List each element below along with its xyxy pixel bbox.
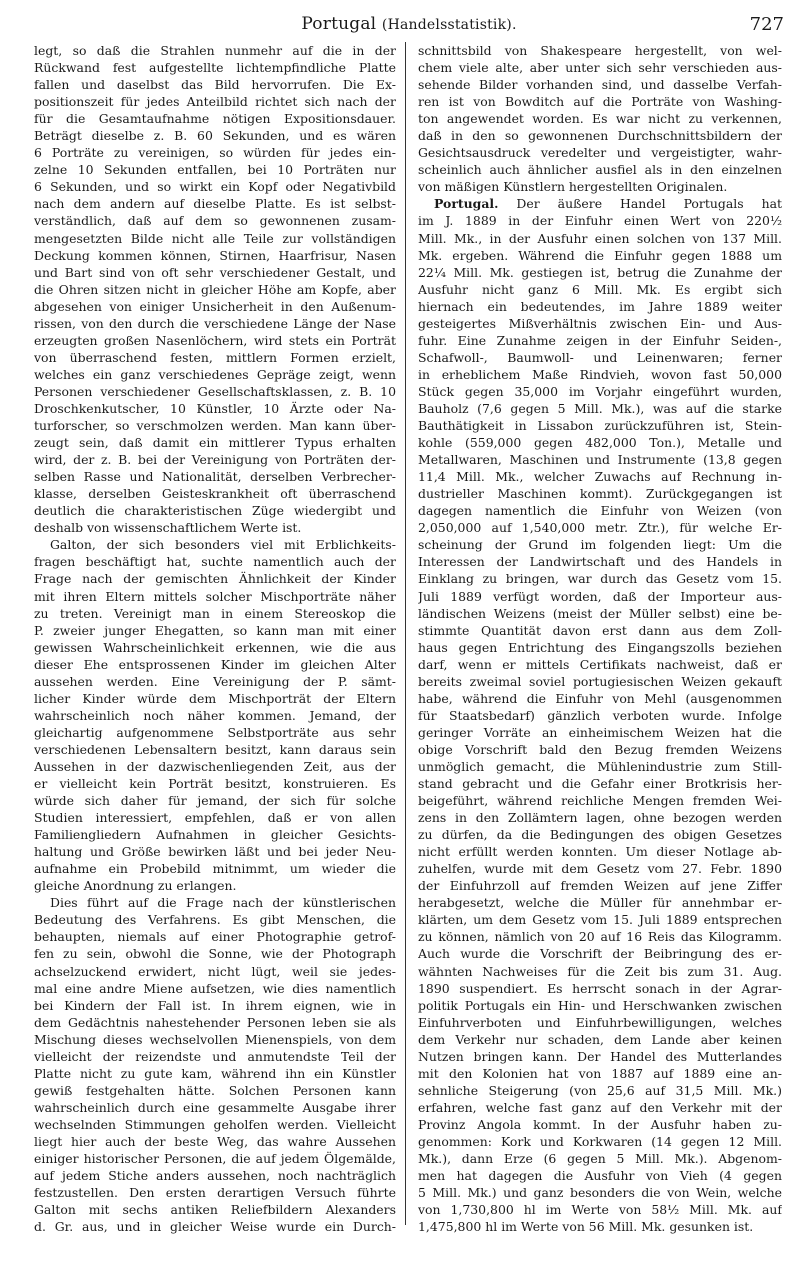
text-line: gesteigertes Mißverhältnis zwischen Ein-… <box>418 315 782 332</box>
text-line-content: Bauholz (7,6 gegen 5 Mill. Mk.), was auf… <box>418 401 782 416</box>
text-line: Platte nicht zu gute kam, während ihn ei… <box>34 1065 396 1082</box>
text-line-content: turforscher, so verschmolzen werden. Man… <box>34 418 396 433</box>
text-line-content: licher Kinder würde dem Mischporträt der… <box>34 691 396 706</box>
text-line-content: wahrscheinlich noch näher kommen. Jemand… <box>34 708 396 723</box>
text-line: gewiß festgehalten hätte. Solchen Person… <box>34 1082 396 1099</box>
text-line: Familiengliedern Aufnahmen in gleicher G… <box>34 826 396 843</box>
text-line-content: dieser Ehe entsprossenen Kinder im gleic… <box>34 657 396 672</box>
text-line: gleiche Anordnung zu erlangen. <box>34 877 396 894</box>
text-line-content: Stück gegen 35,000 im Vorjahr eingeführt… <box>418 384 782 399</box>
text-line: d. Gr. aus, und in gleicher Weise wurde … <box>34 1218 396 1235</box>
text-line-content: Familiengliedern Aufnahmen in gleicher G… <box>34 827 396 842</box>
text-line: behaupten, niemals auf einer Photographi… <box>34 928 396 945</box>
text-line-content: nicht erfüllt werden konnten. Um dieser … <box>418 844 782 859</box>
text-line-content: politik Portugals ein Hin- und Herschwan… <box>418 998 782 1013</box>
text-line-content: vielleicht der reizendste und anmutendst… <box>34 1049 396 1064</box>
text-line-content: verschiedenen Lebensaltern besitzt, kann… <box>34 742 396 757</box>
text-line-content: zeugt sein, daß damit ein mittlerer Typu… <box>34 435 396 450</box>
text-line-content: zu können, nämlich von 20 auf 16 Reis da… <box>418 929 782 944</box>
text-line: Dies führt auf die Frage nach der künstl… <box>34 894 396 911</box>
text-line-content: stand gebracht und die Gefahr einer Brot… <box>418 776 782 791</box>
text-line: zu dürfen, da die Bedingungen des obigen… <box>418 826 782 843</box>
text-line-content: wähnten Nachweises für die Zeit bis zum … <box>418 964 782 979</box>
text-line-content: men hat dagegen die Ausfuhr von Vieh (4 … <box>418 1168 782 1183</box>
text-line-content: bei Kindern der Fall ist. In ihrem eigne… <box>34 998 396 1013</box>
text-line-content: Schafwoll-, Baumwoll- und Leinenwaren; f… <box>418 350 782 365</box>
text-line: Schafwoll-, Baumwoll- und Leinenwaren; f… <box>418 349 782 366</box>
text-line-content: Droschkenkutscher, 10 Künstler, 10 Ärzte… <box>34 401 396 416</box>
text-line-content: und Bart sind von oft sehr verschiedener… <box>34 265 396 280</box>
text-line-content: Bedeutung des Verfahrens. Es gibt Mensch… <box>34 912 396 927</box>
text-line-content: scheinlich auch ähnlicher ausfiel als in… <box>418 162 782 177</box>
text-line-content: wechselnden Stimmungen geholfen werden. … <box>34 1117 396 1132</box>
text-line-content: scheinung der Grund im folgenden liegt: … <box>418 537 782 552</box>
text-line: in erheblichem Maße Rindvieh, wovon fast… <box>418 366 782 383</box>
text-line: und Bart sind von oft sehr verschiedener… <box>34 264 396 281</box>
text-line-content: für Staatsbedarf) gänzlich verboten wurd… <box>418 708 782 723</box>
text-line-content: Provinz Angola kommt. In der Ausfuhr hab… <box>418 1117 782 1132</box>
text-line: Rückwand fest aufgestellte lichtempfindl… <box>34 59 396 76</box>
text-line: er vielleicht kein Porträt besitzt, kons… <box>34 775 396 792</box>
text-line-content: festzustellen. Den ersten derartigen Ver… <box>34 1185 396 1200</box>
text-line: klasse, derselben Geisteskrankheit oft ü… <box>34 485 396 502</box>
text-line: haltung und Größe bewirken läßt und bei … <box>34 843 396 860</box>
text-line: zu können, nämlich von 20 auf 16 Reis da… <box>418 928 782 945</box>
text-line-content: Personen verschiedener Gesellschaftsklas… <box>34 384 396 399</box>
text-line: von mäßigen Künstlern hergestellten Orig… <box>418 178 782 195</box>
text-line: selben Rasse und Nationalität, derselben… <box>34 468 396 485</box>
text-line: wahrscheinlich noch näher kommen. Jemand… <box>34 707 396 724</box>
text-line: Studien interessiert, empfehlen, daß er … <box>34 809 396 826</box>
text-line: Mischung dieses wechselvollen Mienenspie… <box>34 1031 396 1048</box>
text-line: men hat dagegen die Ausfuhr von Vieh (4 … <box>418 1167 782 1184</box>
text-line: dagegen namentlich die Einfuhr von Weize… <box>418 502 782 519</box>
text-line: Auch wurde die Vorschrift der Beibringun… <box>418 945 782 962</box>
text-line-content: beigeführt, während reichliche Mengen fr… <box>418 793 782 808</box>
text-line: sehende Bilder vorhanden sind, und dasse… <box>418 76 782 93</box>
text-line-content: zu dürfen, da die Bedingungen des obigen… <box>418 827 782 842</box>
text-line-content: Nutzen bringen kann. Der Handel des Mutt… <box>418 1049 782 1064</box>
text-line: aussehen werden. Eine Vereinigung der P.… <box>34 673 396 690</box>
text-line: dustrieller Maschinen kommt). Zurückgega… <box>418 485 782 502</box>
text-line: zu treten. Vereinigt man in einem Stereo… <box>34 605 396 622</box>
text-line-content: Galton mit sechs antiken Reliefbildern A… <box>34 1202 396 1217</box>
text-line-content: der Einfuhrzoll auf fremden Weizen auf j… <box>418 878 782 893</box>
text-line-content: von überraschend festen, mittlern Formen… <box>34 350 396 365</box>
text-line: 1,475,800 hl im Werte von 56 Mill. Mk. g… <box>418 1218 782 1235</box>
text-line-content: 5 Mill. Mk.) und ganz besonders die von … <box>418 1185 782 1200</box>
text-line: unmöglich gemacht, die Mühlenindustrie z… <box>418 758 782 775</box>
text-line-content: Frage nach der gemischten Ähnlichkeit de… <box>34 571 396 586</box>
text-line: Stück gegen 35,000 im Vorjahr eingeführt… <box>418 383 782 400</box>
text-line-content: wahrscheinlich durch eine gesammelte Aus… <box>34 1100 396 1115</box>
text-column-right: schnittsbild von Shakespeare hergestellt… <box>418 42 782 1235</box>
text-line-content: einiger historischer Personen, die auf j… <box>34 1151 396 1166</box>
text-line-content: ren ist von Bowditch auf die Porträte vo… <box>418 94 782 109</box>
text-line: scheinung der Grund im folgenden liegt: … <box>418 536 782 553</box>
text-line: deshalb von wissenschaftlichem Werte ist… <box>34 519 396 536</box>
text-line-content: 6 Porträte zu vereinigen, so würden für … <box>34 145 396 160</box>
running-header: Portugal (Handelsstatistik). 727 <box>34 14 784 38</box>
text-line: darf, wenn er mittels Certifikats nachwe… <box>418 656 782 673</box>
text-line: zens in den Zollämtern lagen, ohne bezog… <box>418 809 782 826</box>
text-line: wechselnden Stimmungen geholfen werden. … <box>34 1116 396 1133</box>
text-line: deutlich die charakteristischen Züge wie… <box>34 502 396 519</box>
text-line-content: Aussehen in der dazwischenliegenden Zeit… <box>34 759 396 774</box>
text-line: chem viele alte, aber unter sich sehr ve… <box>418 59 782 76</box>
text-line: einiger historischer Personen, die auf j… <box>34 1150 396 1167</box>
text-line-content: Mk. ergeben. Während die Einfuhr gegen 1… <box>418 248 782 263</box>
text-line: geringer Vorräte an einheimischem Weizen… <box>418 724 782 741</box>
text-line-content: Der äußere Handel Portugals hat <box>498 196 782 211</box>
text-line: politik Portugals ein Hin- und Herschwan… <box>418 997 782 1014</box>
text-line-content: abgesehen von einiger Unsicherheit in de… <box>34 299 396 314</box>
text-line-content: deshalb von wissenschaftlichem Werte ist… <box>34 520 301 535</box>
text-line: für Staatsbedarf) gänzlich verboten wurd… <box>418 707 782 724</box>
text-line-content: deutlich die charakteristischen Züge wie… <box>34 503 396 518</box>
text-column-left: legt, so daß die Strahlen nunmehr auf di… <box>34 42 396 1235</box>
text-line-content: sehende Bilder vorhanden sind, und dasse… <box>418 77 782 92</box>
text-line: Juli 1889 verfügt worden, daß der Import… <box>418 588 782 605</box>
text-line-content: ländischen Weizens (meist der Müller sel… <box>418 606 782 621</box>
text-line-content: dagegen namentlich die Einfuhr von Weize… <box>418 503 782 518</box>
text-line: fen zu sein, obwohl die Sonne, wie der P… <box>34 945 396 962</box>
text-line-content: chem viele alte, aber unter sich sehr ve… <box>418 60 782 75</box>
text-line: abgesehen von einiger Unsicherheit in de… <box>34 298 396 315</box>
text-line-content: mit ihren Eltern mittels solcher Mischpo… <box>34 589 396 604</box>
text-line-content: Galton, der sich besonders viel mit Erbl… <box>50 537 396 552</box>
text-line: haus gegen Entrichtung des Eingangszolls… <box>418 639 782 656</box>
text-line-content: gewissen Wahrscheinlichkeit erkennen, wi… <box>34 640 396 655</box>
text-line-content: Rückwand fest aufgestellte lichtempfindl… <box>34 60 396 75</box>
text-line-content: verständlich, daß auf dem so gewonnenen … <box>34 213 396 228</box>
text-line: Mk. ergeben. Während die Einfuhr gegen 1… <box>418 247 782 264</box>
text-line-content: geringer Vorräte an einheimischem Weizen… <box>418 725 782 740</box>
text-line-content: für die Gesamtaufnahme nötigen Expositio… <box>34 111 396 126</box>
text-line-content: nach dem andern auf dieselbe Platte. Es … <box>34 196 396 211</box>
text-line-content: daß in den so gewonnenen Durchschnittsbi… <box>418 128 782 143</box>
text-line-content: 1890 suspendiert. Es herrscht sonach in … <box>418 981 782 996</box>
text-line-content: Juli 1889 verfügt worden, daß der Import… <box>418 589 782 604</box>
text-line: P. zweier junger Ehegatten, so kann man … <box>34 622 396 639</box>
text-line-content: zuhelfen, wurde mit dem Gesetz vom 27. F… <box>418 861 782 876</box>
text-line-content: würde sich daher für jemand, der sich fü… <box>34 793 396 808</box>
text-line: ton angewendet worden. Es war nicht zu v… <box>418 110 782 127</box>
text-line-content: habe, während die Einfuhr von Mehl (ausg… <box>418 691 782 706</box>
text-line-content: Ausfuhr nicht ganz 6 Mill. Mk. Es ergibt… <box>418 282 782 297</box>
text-line-content: hiernach ein bedeutendes, im Jahre 1889 … <box>418 299 782 314</box>
text-line: verschiedenen Lebensaltern besitzt, kann… <box>34 741 396 758</box>
page-number: 727 <box>750 14 784 35</box>
text-line: der Einfuhrzoll auf fremden Weizen auf j… <box>418 877 782 894</box>
text-line-content: herabgesetzt, welche die Müller für anne… <box>418 895 782 910</box>
text-line: fuhr. Eine Zunahme zeigen in der Einfuhr… <box>418 332 782 349</box>
text-line-content: Mill. Mk., in der Ausfuhr einen solchen … <box>418 231 782 246</box>
text-line-content: wird, der z. B. bei der Vereinigung von … <box>34 452 396 467</box>
text-line: positionszeit für jedes Anteilbild richt… <box>34 93 396 110</box>
text-line-content: klärten, um dem Gesetz vom 15. Juli 1889… <box>418 912 782 927</box>
text-line-content: schnittsbild von Shakespeare hergestellt… <box>418 43 782 58</box>
text-line-content: von 1,730,800 hl im Werte von 58½ Mill. … <box>418 1202 782 1217</box>
text-line: zeugt sein, daß damit ein mittlerer Typu… <box>34 434 396 451</box>
text-line: schnittsbild von Shakespeare hergestellt… <box>418 42 782 59</box>
text-line: Metallwaren, Maschinen und Instrumente (… <box>418 451 782 468</box>
text-line: Droschkenkutscher, 10 Künstler, 10 Ärzte… <box>34 400 396 417</box>
page-title-subtitle: (Handelsstatistik). <box>382 17 517 33</box>
text-line: Galton mit sechs antiken Reliefbildern A… <box>34 1201 396 1218</box>
text-line-content: haltung und Größe bewirken läßt und bei … <box>34 844 396 859</box>
text-line: turforscher, so verschmolzen werden. Man… <box>34 417 396 434</box>
text-line-content: Mischung dieses wechselvollen Mienenspie… <box>34 1032 396 1047</box>
text-line: Ausfuhr nicht ganz 6 Mill. Mk. Es ergibt… <box>418 281 782 298</box>
text-line-content: Metallwaren, Maschinen und Instrumente (… <box>418 452 782 467</box>
text-line: erfahren, welche fast ganz auf den Verke… <box>418 1099 782 1116</box>
text-line: mit den Kolonien hat von 1887 auf 1889 e… <box>418 1065 782 1082</box>
text-line-content: positionszeit für jedes Anteilbild richt… <box>34 94 396 109</box>
text-line: daß in den so gewonnenen Durchschnittsbi… <box>418 127 782 144</box>
text-line-content: achselzuckend erwidert, nicht lügt, weil… <box>34 964 396 979</box>
text-line-content: dustrieller Maschinen kommt). Zurückgega… <box>418 486 782 501</box>
text-line: festzustellen. Den ersten derartigen Ver… <box>34 1184 396 1201</box>
text-line-content: zu treten. Vereinigt man in einem Stereo… <box>34 606 396 621</box>
text-line: Deckung kommen können, Stirnen, Haarfris… <box>34 247 396 264</box>
text-line: auf jedem Stiche anders aussehen, noch n… <box>34 1167 396 1184</box>
text-line: nicht erfüllt werden konnten. Um dieser … <box>418 843 782 860</box>
text-line-content: gleiche Anordnung zu erlangen. <box>34 878 236 893</box>
text-line-content: dem Gedächtnis nahestehender Personen le… <box>34 1015 396 1030</box>
text-line: dem Gedächtnis nahestehender Personen le… <box>34 1014 396 1031</box>
text-line: wird, der z. B. bei der Vereinigung von … <box>34 451 396 468</box>
text-line: im J. 1889 in der Einfuhr einen Wert von… <box>418 212 782 229</box>
text-line: Einfuhrverboten und Einfuhrbewilligungen… <box>418 1014 782 1031</box>
text-line: Bedeutung des Verfahrens. Es gibt Mensch… <box>34 911 396 928</box>
text-line-content: 6 Sekunden, und so wirkt ein Kopf oder N… <box>34 179 396 194</box>
text-line: von überraschend festen, mittlern Formen… <box>34 349 396 366</box>
text-line-content: fuhr. Eine Zunahme zeigen in der Einfuhr… <box>418 333 782 348</box>
text-line: habe, während die Einfuhr von Mehl (ausg… <box>418 690 782 707</box>
text-line-content: Einklang zu bringen, war durch das Geset… <box>418 571 782 586</box>
text-line: Mill. Mk., in der Ausfuhr einen solchen … <box>418 230 782 247</box>
text-line-content: d. Gr. aus, und in gleicher Weise wurde … <box>34 1219 396 1234</box>
text-line-content: gleichartig aufgenommene Selbstporträte … <box>34 725 396 740</box>
page-title: Portugal (Handelsstatistik). <box>34 14 784 34</box>
text-line: aufnahme ein Probebild mitnimmt, um wied… <box>34 860 396 877</box>
text-line: obige Vorschrift bald den Bezug fremden … <box>418 741 782 758</box>
text-line: gleichartig aufgenommene Selbstporträte … <box>34 724 396 741</box>
text-line: bereits zweimal soviel portugiesischen W… <box>418 673 782 690</box>
text-line: Frage nach der gemischten Ähnlichkeit de… <box>34 570 396 587</box>
text-line: Nutzen bringen kann. Der Handel des Mutt… <box>418 1048 782 1065</box>
text-line: Mk.), dann Erze (6 gegen 5 Mill. Mk.). A… <box>418 1150 782 1167</box>
text-line: vielleicht der reizendste und anmutendst… <box>34 1048 396 1065</box>
text-line-content: 1,475,800 hl im Werte von 56 Mill. Mk. g… <box>418 1219 753 1234</box>
text-line-content: klasse, derselben Geisteskrankheit oft ü… <box>34 486 396 501</box>
text-line-content: Mk.), dann Erze (6 gegen 5 Mill. Mk.). A… <box>418 1151 782 1166</box>
column-divider <box>405 42 406 1225</box>
text-line: achselzuckend erwidert, nicht lügt, weil… <box>34 963 396 980</box>
text-line-content: sehnliche Steigerung (von 25,6 auf 31,5 … <box>418 1083 782 1098</box>
text-line: bei Kindern der Fall ist. In ihrem eigne… <box>34 997 396 1014</box>
text-line-content: zelne 10 Sekunden entfallen, bei 10 Port… <box>34 162 396 177</box>
text-line: Beträgt dieselbe z. B. 60 Sekunden, und … <box>34 127 396 144</box>
text-line-content: P. zweier junger Ehegatten, so kann man … <box>34 623 396 638</box>
text-line-content: liegt hier auch der beste Weg, das wahre… <box>34 1134 396 1149</box>
text-line: herabgesetzt, welche die Müller für anne… <box>418 894 782 911</box>
text-line: legt, so daß die Strahlen nunmehr auf di… <box>34 42 396 59</box>
text-line: hiernach ein bedeutendes, im Jahre 1889 … <box>418 298 782 315</box>
text-line: welches ein ganz verschiedenes Gepräge z… <box>34 366 396 383</box>
text-line-content: zens in den Zollämtern lagen, ohne bezog… <box>418 810 782 825</box>
text-line: dem Verkehr nur schaden, dem Lande aber … <box>418 1031 782 1048</box>
text-line-content: fen zu sein, obwohl die Sonne, wie der P… <box>34 946 396 961</box>
text-line: fragen beschäftigt hat, suchte namentlic… <box>34 553 396 570</box>
text-line: mit ihren Eltern mittels solcher Mischpo… <box>34 588 396 605</box>
text-line-content: Beträgt dieselbe z. B. 60 Sekunden, und … <box>34 128 396 143</box>
text-line-content: behaupten, niemals auf einer Photographi… <box>34 929 396 944</box>
text-line-content: erfahren, welche fast ganz auf den Verke… <box>418 1100 782 1115</box>
text-line-content: stimmte Quantität davon erst dann aus de… <box>418 623 782 638</box>
text-line: Galton, der sich besonders viel mit Erbl… <box>34 536 396 553</box>
text-line: Bauholz (7,6 gegen 5 Mill. Mk.), was auf… <box>418 400 782 417</box>
text-line: für die Gesamtaufnahme nötigen Expositio… <box>34 110 396 127</box>
page-title-main: Portugal <box>301 14 376 34</box>
text-line-content: Interessen der Landwirtschaft und des Ha… <box>418 554 782 569</box>
text-line-content: Bauthätigkeit in Lissabon zurückzuführen… <box>418 418 782 433</box>
text-line-content: Einfuhrverboten und Einfuhrbewilligungen… <box>418 1015 782 1030</box>
text-line-content: aussehen werden. Eine Vereinigung der P.… <box>34 674 396 689</box>
text-line: kohle (559,000 gegen 482,000 Ton.), Meta… <box>418 434 782 451</box>
text-line-content: er vielleicht kein Porträt besitzt, kons… <box>34 776 396 791</box>
text-line-content: rissen, von den durch die verschiedene L… <box>34 316 396 331</box>
text-line-content: Gesichtsausdruck veredelter und vergeist… <box>418 145 782 160</box>
text-line: sehnliche Steigerung (von 25,6 auf 31,5 … <box>418 1082 782 1099</box>
text-line-content: gesteigertes Mißverhältnis zwischen Ein-… <box>418 316 782 331</box>
text-line: von 1,730,800 hl im Werte von 58½ Mill. … <box>418 1201 782 1218</box>
text-line: 6 Porträte zu vereinigen, so würden für … <box>34 144 396 161</box>
text-line: klärten, um dem Gesetz vom 15. Juli 1889… <box>418 911 782 928</box>
text-line: Einklang zu bringen, war durch das Geset… <box>418 570 782 587</box>
text-line: die Ohren sitzen nicht in gleicher Höhe … <box>34 281 396 298</box>
text-line: 22¼ Mill. Mk. gestiegen ist, betrug die … <box>418 264 782 281</box>
text-line-content: im J. 1889 in der Einfuhr einen Wert von… <box>418 213 782 228</box>
text-line-content: ton angewendet worden. Es war nicht zu v… <box>418 111 782 126</box>
text-line: Aussehen in der dazwischenliegenden Zeit… <box>34 758 396 775</box>
text-line: stand gebracht und die Gefahr einer Brot… <box>418 775 782 792</box>
text-line-content: obige Vorschrift bald den Bezug fremden … <box>418 742 782 757</box>
text-line: erzeugten großen Nasenlöchern, wird stet… <box>34 332 396 349</box>
text-line: Provinz Angola kommt. In der Ausfuhr hab… <box>418 1116 782 1133</box>
text-line: zuhelfen, wurde mit dem Gesetz vom 27. F… <box>418 860 782 877</box>
text-line-content: fallen und daselbst das Bild hervorrufen… <box>34 77 396 92</box>
text-line-content: in erheblichem Maße Rindvieh, wovon fast… <box>418 367 782 382</box>
text-line-content: auf jedem Stiche anders aussehen, noch n… <box>34 1168 396 1183</box>
text-line-content: gewiß festgehalten hätte. Solchen Person… <box>34 1083 396 1098</box>
text-line-content: mit den Kolonien hat von 1887 auf 1889 e… <box>418 1066 782 1081</box>
text-line: dieser Ehe entsprossenen Kinder im gleic… <box>34 656 396 673</box>
text-line: gewissen Wahrscheinlichkeit erkennen, wi… <box>34 639 396 656</box>
text-line: zelne 10 Sekunden entfallen, bei 10 Port… <box>34 161 396 178</box>
text-line: verständlich, daß auf dem so gewonnenen … <box>34 212 396 229</box>
text-line-content: mal eine andre Miene aufsetzen, wie dies… <box>34 981 396 996</box>
text-line: Bauthätigkeit in Lissabon zurückzuführen… <box>418 417 782 434</box>
text-line-content: Platte nicht zu gute kam, während ihn ei… <box>34 1066 396 1081</box>
text-line-content: die Ohren sitzen nicht in gleicher Höhe … <box>34 282 396 297</box>
text-line: stimmte Quantität davon erst dann aus de… <box>418 622 782 639</box>
text-line: 11,4 Mill. Mk., welcher Zuwachs auf Rech… <box>418 468 782 485</box>
text-line-content: aufnahme ein Probebild mitnimmt, um wied… <box>34 861 396 876</box>
text-line: wahrscheinlich durch eine gesammelte Aus… <box>34 1099 396 1116</box>
text-line-content: bereits zweimal soviel portugiesischen W… <box>418 674 782 689</box>
text-line-content: Dies führt auf die Frage nach der künstl… <box>50 895 396 910</box>
text-line-content: legt, so daß die Strahlen nunmehr auf di… <box>34 43 396 58</box>
text-line-content: unmöglich gemacht, die Mühlenindustrie z… <box>418 759 782 774</box>
text-line-content: genommen: Kork und Korkwaren (14 gegen 1… <box>418 1134 782 1149</box>
text-line: ländischen Weizens (meist der Müller sel… <box>418 605 782 622</box>
text-line-content: Deckung kommen können, Stirnen, Haarfris… <box>34 248 396 263</box>
text-line-content: 2,050,000 auf 1,540,000 metr. Ztr.), für… <box>418 520 782 535</box>
text-line-content: haus gegen Entrichtung des Eingangszolls… <box>418 640 782 655</box>
text-line: mal eine andre Miene aufsetzen, wie dies… <box>34 980 396 997</box>
text-line-content: Auch wurde die Vorschrift der Beibringun… <box>418 946 782 961</box>
text-line: Gesichtsausdruck veredelter und vergeist… <box>418 144 782 161</box>
text-line: beigeführt, während reichliche Mengen fr… <box>418 792 782 809</box>
text-line-content: erzeugten großen Nasenlöchern, wird stet… <box>34 333 396 348</box>
text-line-content: darf, wenn er mittels Certifikats nachwe… <box>418 657 782 672</box>
article-headword: Portugal. <box>434 196 498 211</box>
text-line: 5 Mill. Mk.) und ganz besonders die von … <box>418 1184 782 1201</box>
text-line-content: Studien interessiert, empfehlen, daß er … <box>34 810 396 825</box>
text-line-content: dem Verkehr nur schaden, dem Lande aber … <box>418 1032 782 1047</box>
text-line-content: fragen beschäftigt hat, suchte namentlic… <box>34 554 396 569</box>
text-line: wähnten Nachweises für die Zeit bis zum … <box>418 963 782 980</box>
text-line: rissen, von den durch die verschiedene L… <box>34 315 396 332</box>
text-line: licher Kinder würde dem Mischporträt der… <box>34 690 396 707</box>
text-line: Portugal. Der äußere Handel Portugals ha… <box>418 195 782 212</box>
text-line-content: selben Rasse und Nationalität, derselben… <box>34 469 396 484</box>
text-line: Interessen der Landwirtschaft und des Ha… <box>418 553 782 570</box>
text-line: mengesetzten Bilde nicht alle Teile zur … <box>34 230 396 247</box>
text-line-content: kohle (559,000 gegen 482,000 Ton.), Meta… <box>418 435 782 450</box>
text-line: scheinlich auch ähnlicher ausfiel als in… <box>418 161 782 178</box>
text-line-content: mengesetzten Bilde nicht alle Teile zur … <box>34 231 396 246</box>
text-line-content: welches ein ganz verschiedenes Gepräge z… <box>34 367 396 382</box>
text-line: Personen verschiedener Gesellschaftsklas… <box>34 383 396 400</box>
text-line: liegt hier auch der beste Weg, das wahre… <box>34 1133 396 1150</box>
text-line: nach dem andern auf dieselbe Platte. Es … <box>34 195 396 212</box>
text-line: 6 Sekunden, und so wirkt ein Kopf oder N… <box>34 178 396 195</box>
text-line-content: von mäßigen Künstlern hergestellten Orig… <box>418 179 727 194</box>
text-line: würde sich daher für jemand, der sich fü… <box>34 792 396 809</box>
text-line: ren ist von Bowditch auf die Porträte vo… <box>418 93 782 110</box>
text-line-content: 22¼ Mill. Mk. gestiegen ist, betrug die … <box>418 265 782 280</box>
text-line-content: 11,4 Mill. Mk., welcher Zuwachs auf Rech… <box>418 469 782 484</box>
text-line: 1890 suspendiert. Es herrscht sonach in … <box>418 980 782 997</box>
text-line: fallen und daselbst das Bild hervorrufen… <box>34 76 396 93</box>
text-line: genommen: Kork und Korkwaren (14 gegen 1… <box>418 1133 782 1150</box>
text-line: 2,050,000 auf 1,540,000 metr. Ztr.), für… <box>418 519 782 536</box>
